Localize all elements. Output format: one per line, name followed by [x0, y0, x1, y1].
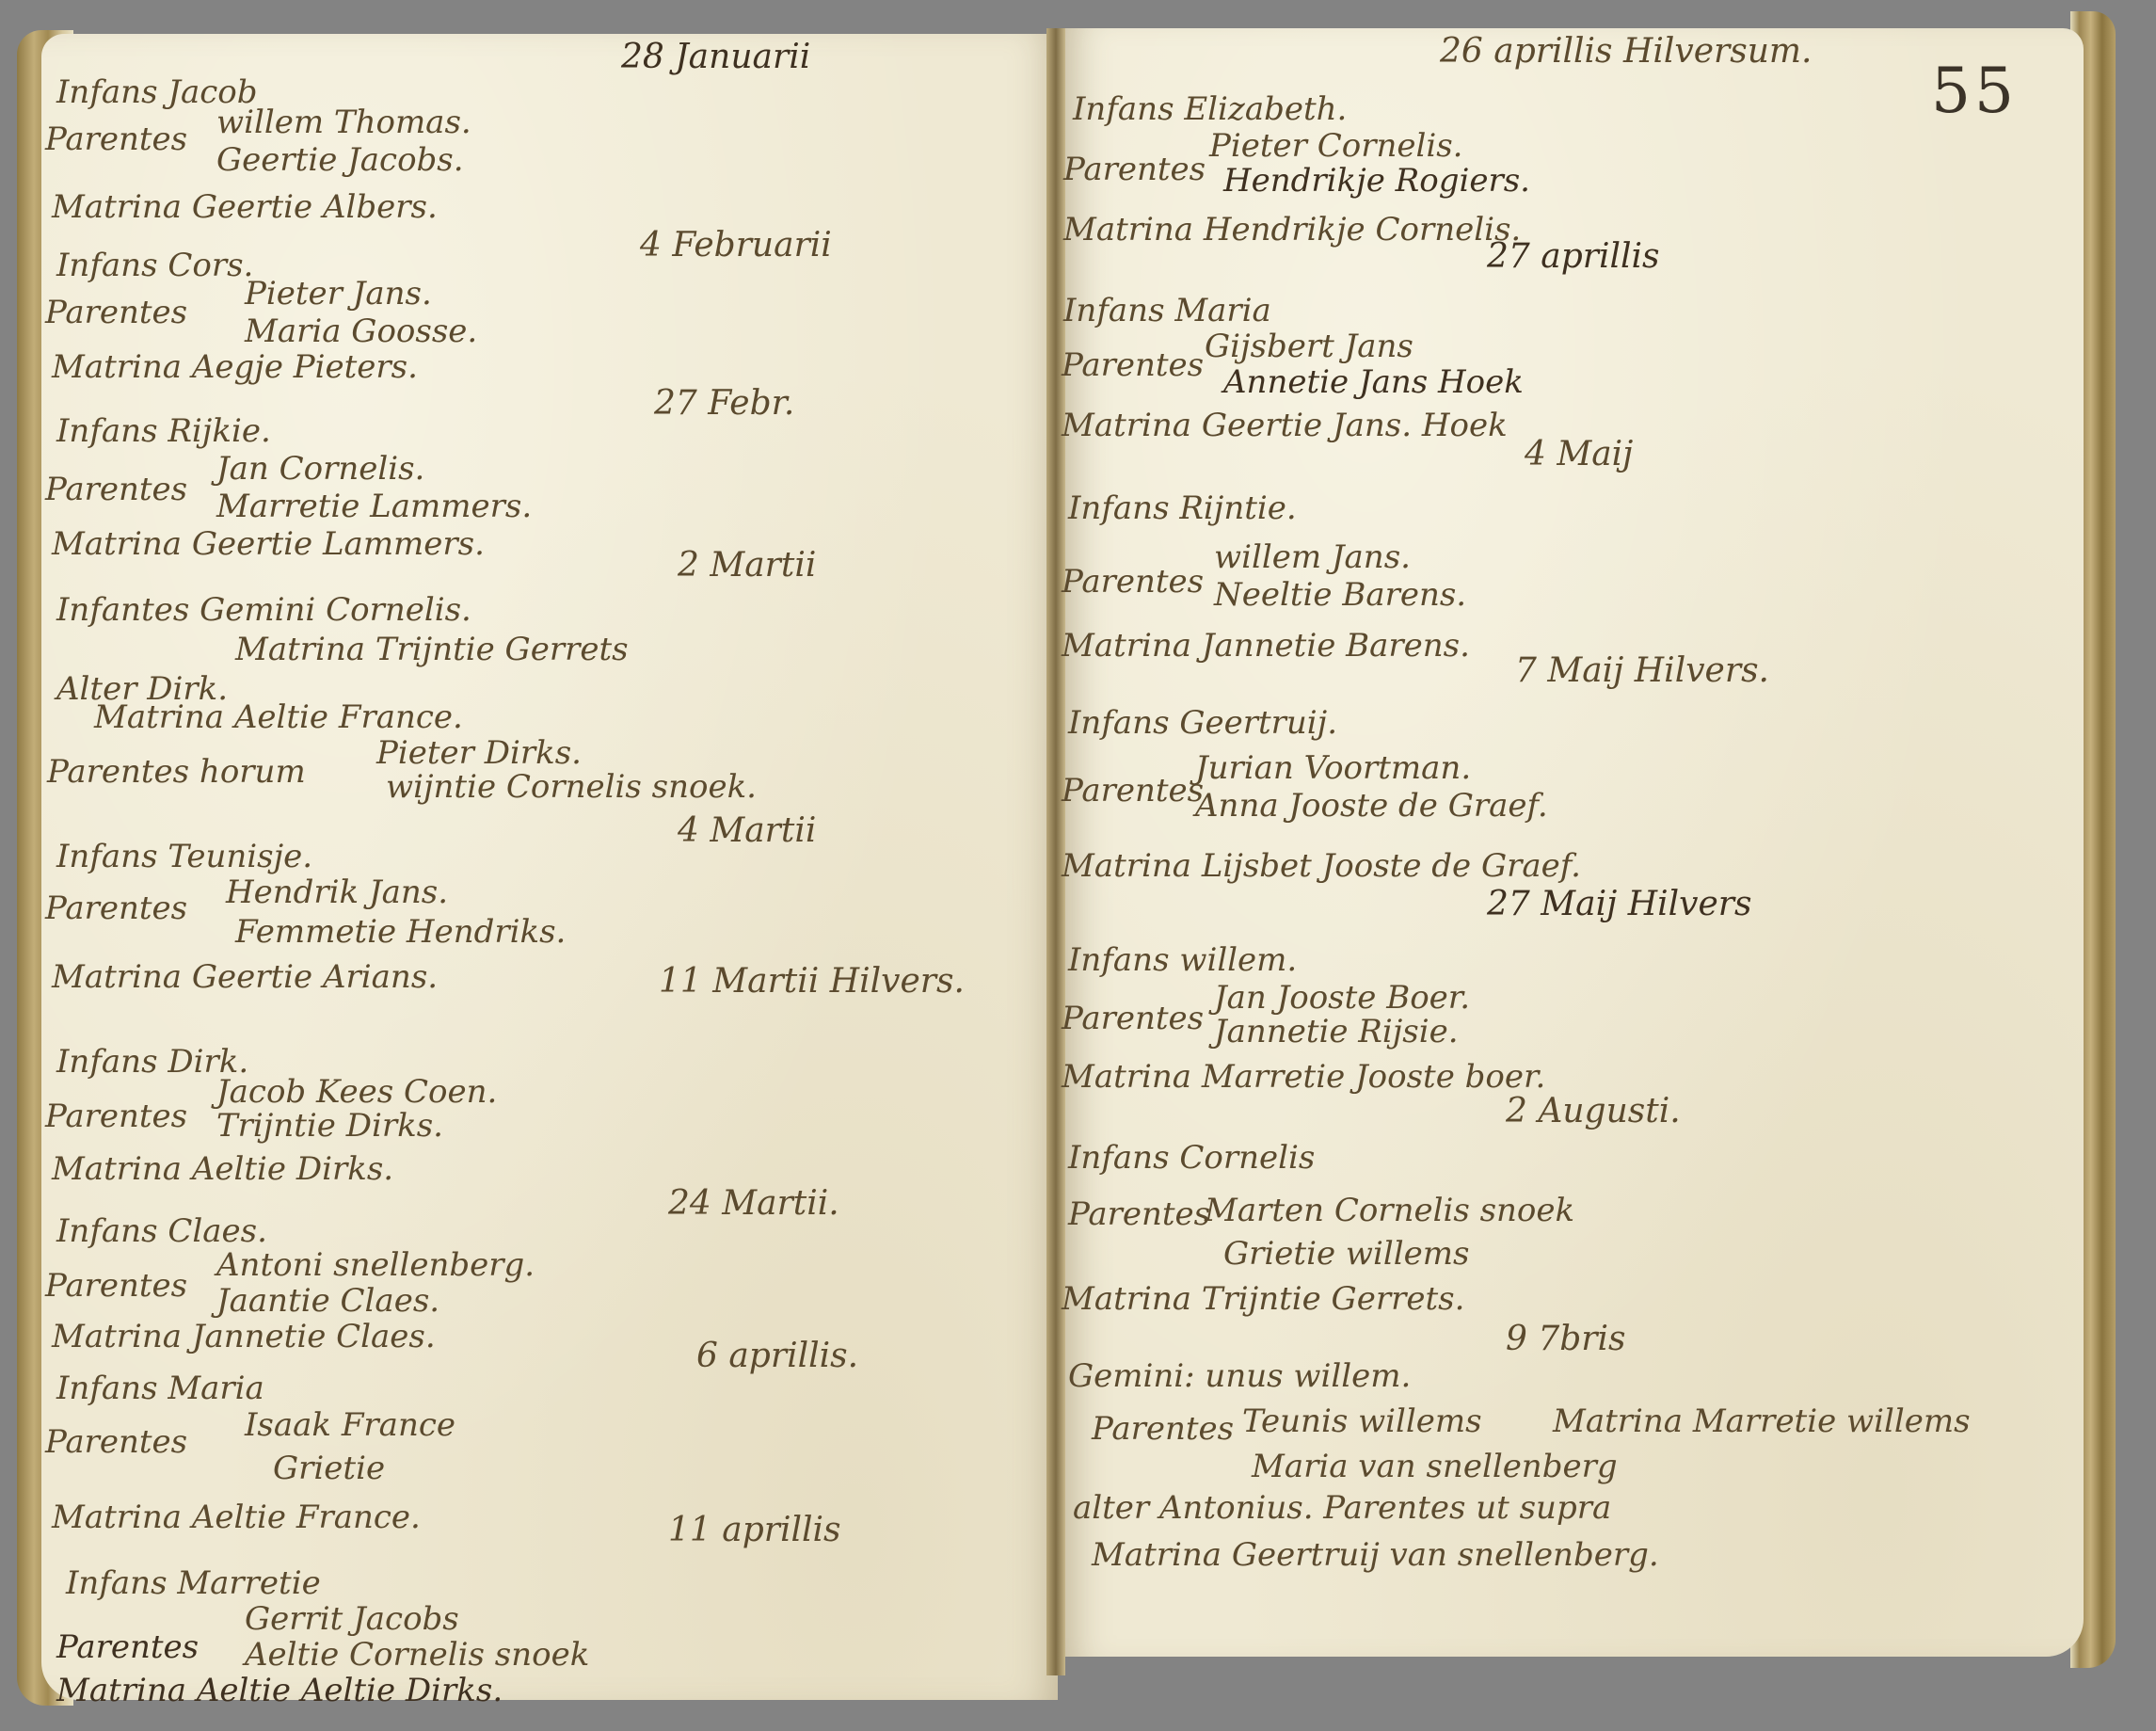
entry-infans: Infans Teunisje. — [56, 838, 312, 875]
page-number: 55 — [1931, 55, 2018, 127]
entry-matrina-1: Matrina Marretie willems — [1553, 1402, 1971, 1440]
entry-matrina-2: Matrina Aeltie France. — [94, 698, 463, 736]
entry-parentes-label: Parentes — [45, 1423, 187, 1461]
entry-infans: Infans Cornelis — [1068, 1139, 1315, 1177]
entry-matrina: Matrina Geertie Arians. — [52, 958, 438, 996]
entry-parentes-label: Parentes — [45, 471, 187, 508]
entry-matrina: Matrina Aeltie Dirks. — [52, 1150, 393, 1188]
entry-matrina: Matrina Hendrikje Cornelis. — [1063, 211, 1521, 248]
open-register-book: 55 28 Januarii Infans Jacob Parentes wil… — [0, 0, 2156, 1731]
entry-father: Isaak France — [245, 1406, 455, 1444]
entry-mother: Grietie — [273, 1450, 385, 1487]
entry-parentes-label: Parentes — [1068, 1195, 1210, 1233]
entry-matrina: Matrina Marretie Jooste boer. — [1062, 1058, 1545, 1096]
entry-infans: Infans Rijkie. — [56, 412, 271, 450]
entry-father: Pieter Dirks. — [376, 734, 582, 772]
entry-date: 4 Maij — [1525, 435, 1633, 473]
entry-father: willem Jans. — [1214, 538, 1411, 576]
entry-matrina: Matrina Geertie Jans. Hoek — [1062, 407, 1508, 444]
entry-date: 6 aprillis. — [696, 1337, 858, 1375]
entry-father: Jacob Kees Coen. — [216, 1073, 497, 1111]
entry-matrina: Matrina Jannetie Barens. — [1062, 627, 1470, 665]
entry-father: Gijsbert Jans — [1205, 328, 1413, 365]
entry-mother: Anna Jooste de Graef. — [1195, 787, 1548, 825]
entry-father: Jan Jooste Boer. — [1214, 979, 1470, 1017]
entry-parentes-label: Parentes — [1062, 1000, 1204, 1037]
entry-date: 27 Maij Hilvers — [1487, 885, 1751, 923]
entry-mother: Geertie Jacobs. — [216, 141, 464, 179]
entry-mother: Jaantie Claes. — [216, 1282, 439, 1320]
entry-parentes-label: Parentes — [45, 120, 187, 158]
entry-parentes-label: Parentes — [45, 1267, 187, 1305]
entry-date: 26 aprillis Hilversum. — [1440, 32, 1812, 71]
entry-gemini: Gemini: unus willem. — [1068, 1357, 1411, 1395]
entry-matrina-2: Matrina Geertruij van snellenberg. — [1092, 1536, 1659, 1574]
entry-father: Pieter Cornelis. — [1209, 127, 1462, 165]
entry-infans: Infans Claes. — [56, 1212, 267, 1250]
entry-date: 2 Augusti. — [1506, 1092, 1681, 1130]
entry-parentes-label: Parentes — [45, 294, 187, 331]
entry-matrina: Matrina Jannetie Claes. — [52, 1318, 436, 1355]
entry-parentes-label: Parentes — [45, 1098, 187, 1135]
entry-matrina: Matrina Geertie Lammers. — [52, 525, 485, 563]
entry-matrina: Matrina Aeltie Aeltie Dirks. — [56, 1672, 503, 1709]
entry-date: 2 Martii — [678, 546, 816, 585]
entry-matrina: Matrina Geertie Albers. — [52, 188, 438, 226]
entry-date: 9 7bris — [1506, 1320, 1626, 1358]
entry-parentes-label: Parentes — [45, 890, 187, 927]
entry-parentes-label: Parentes — [1063, 151, 1206, 188]
entry-infans: Infans Geertruij. — [1068, 704, 1337, 742]
entry-matrina: Matrina Aeltie France. — [52, 1499, 421, 1536]
entry-mother: Grietie willems — [1223, 1235, 1469, 1273]
entry-infans: Infans willem. — [1068, 941, 1297, 979]
entry-mother: Neeltie Barens. — [1214, 576, 1466, 614]
entry-infans: Infans Maria — [1063, 292, 1271, 329]
entry-father: Teunis willems — [1242, 1402, 1482, 1440]
entry-mother: Maria van snellenberg — [1252, 1448, 1618, 1485]
entry-father: Jan Cornelis. — [216, 450, 424, 488]
entry-father: Gerrit Jacobs — [245, 1600, 459, 1638]
entry-date: 11 aprillis — [668, 1511, 841, 1549]
entry-infans: Infans Marretie — [66, 1564, 321, 1602]
entry-mother: Hendrikje Rogiers. — [1223, 162, 1530, 200]
entry-parentes-label: Parentes — [1062, 563, 1204, 601]
entry-date: 27 aprillis — [1487, 237, 1660, 276]
entry-mother: Trijntie Dirks. — [216, 1107, 443, 1145]
entry-date: 24 Martii. — [668, 1184, 839, 1223]
entry-alter: alter Antonius. Parentes ut supra — [1073, 1489, 1611, 1527]
entry-father: Hendrik Jans. — [226, 874, 448, 911]
entry-mother: Maria Goosse. — [245, 313, 477, 350]
entry-mother: Marretie Lammers. — [216, 488, 532, 525]
entry-infans: Infans Elizabeth. — [1073, 90, 1347, 128]
entry-date: 28 Januarii — [621, 38, 810, 76]
entry-date: 7 Maij Hilvers. — [1515, 651, 1769, 690]
entry-matrina: Matrina Trijntie Gerrets. — [1062, 1280, 1464, 1318]
entry-father: willem Thomas. — [216, 104, 471, 141]
entry-parentes-label: Parentes horum — [47, 753, 306, 791]
entry-parentes-label: Parentes — [1092, 1410, 1234, 1448]
entry-infantes: Infantes Gemini Cornelis. — [56, 591, 471, 629]
entry-mother: Aeltie Cornelis snoek — [245, 1636, 589, 1674]
entry-father: Marten Cornelis snoek — [1205, 1192, 1574, 1229]
entry-matrina: Matrina Lijsbet Jooste de Graef. — [1062, 847, 1581, 885]
entry-parentes-label: Parentes — [1062, 772, 1204, 809]
entry-mother: Annetie Jans Hoek — [1223, 363, 1524, 401]
entry-mother: Femmetie Hendriks. — [235, 913, 566, 951]
entry-date: 4 Februarii — [640, 226, 832, 264]
entry-father: Jurian Voortman. — [1195, 749, 1471, 787]
entry-matrina: Matrina Aegje Pieters. — [52, 348, 418, 386]
entry-infans: Infans Cors. — [56, 247, 253, 284]
entry-date: 4 Martii — [678, 811, 816, 850]
entry-father: Pieter Jans. — [245, 275, 432, 313]
entry-matrina-1: Matrina Trijntie Gerrets — [235, 631, 629, 668]
entry-date: 11 Martii Hilvers. — [659, 962, 965, 1001]
entry-father: Antoni snellenberg. — [216, 1246, 535, 1284]
entry-parentes-label: Parentes — [56, 1628, 199, 1666]
entry-mother: wijntie Cornelis snoek. — [386, 768, 757, 806]
entry-infans: Infans Maria — [56, 1370, 264, 1407]
entry-mother: Jannetie Rijsie. — [1214, 1013, 1459, 1050]
entry-parentes-label: Parentes — [1062, 346, 1204, 384]
entry-infans: Infans Rijntie. — [1068, 489, 1297, 527]
entry-date: 27 Febr. — [654, 384, 794, 423]
